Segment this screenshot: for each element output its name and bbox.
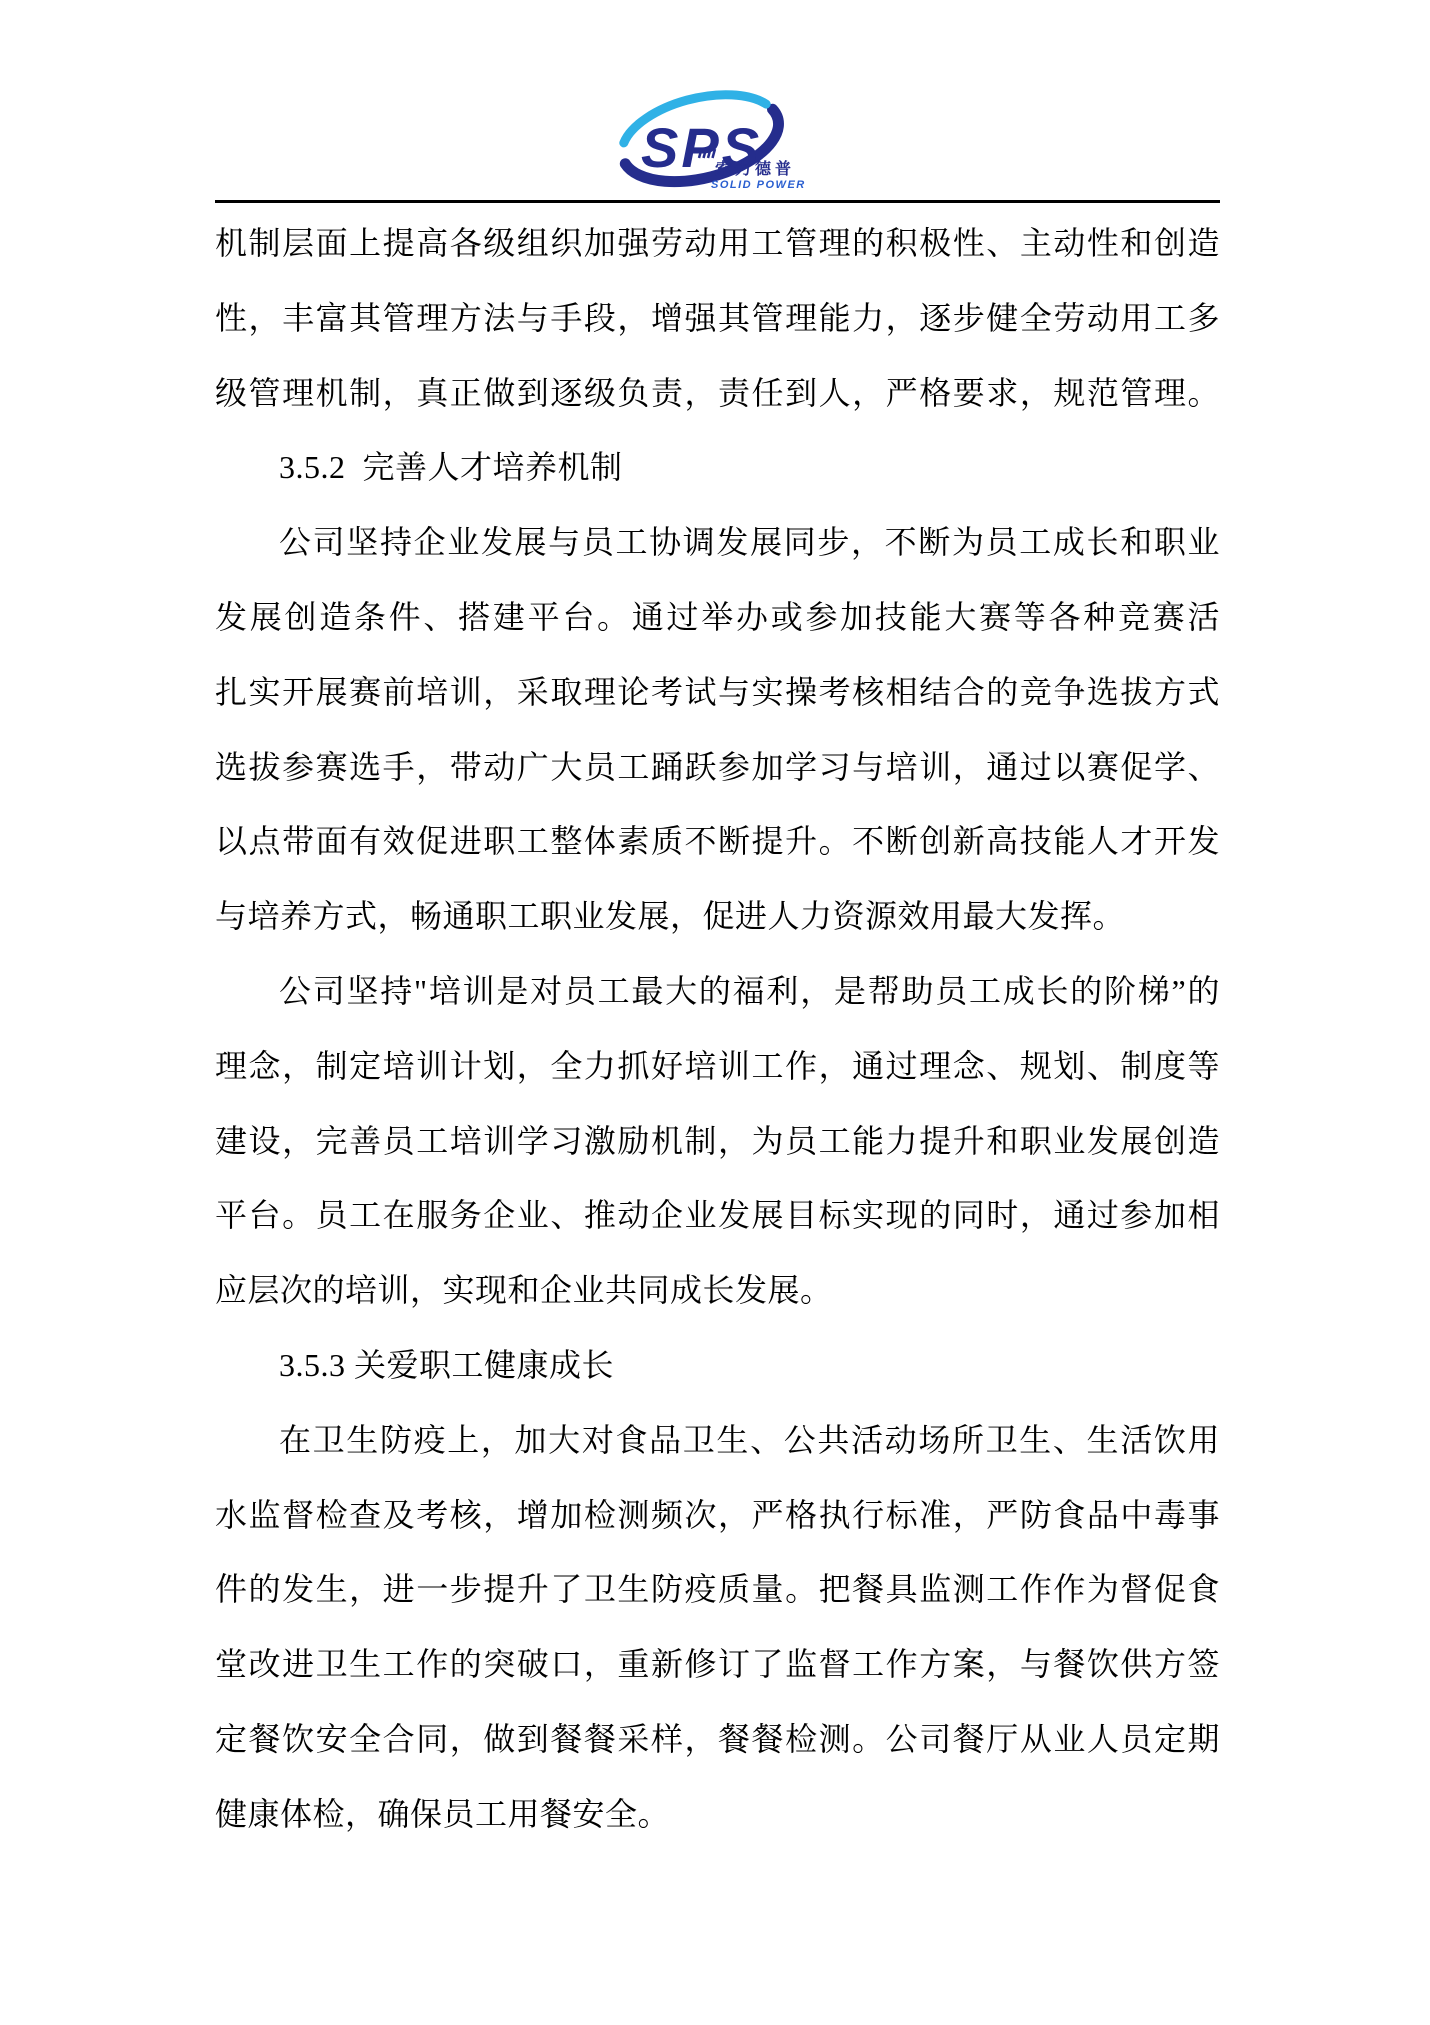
paragraph-line: 选拔参赛选手，带动广大员工踊跃参加学习与培训，通过以赛促学、	[215, 730, 1220, 805]
logo-chinese-name-text: 索力德普	[715, 159, 795, 178]
paragraph-line: 理念，制定培训计划，全力抓好培训工作，通过理念、规划、制度等	[215, 1029, 1220, 1104]
paragraph-line: 件的发生，进一步提升了卫生防疫质量。把餐具监测工作作为督促食	[215, 1552, 1220, 1627]
paragraph-line: 水监督检查及考核，增加检测频次，严格执行标准，严防食品中毒事	[215, 1478, 1220, 1553]
paragraph-line: 扎实开展赛前培训，采取理论考试与实操考核相结合的竞争选拔方式	[215, 655, 1220, 730]
paragraph-line: 级管理机制，真正做到逐级负责，责任到人，严格要求，规范管理。	[215, 356, 1220, 431]
sps-logo-graphic: SPS 索力德普 SOLID POWER	[607, 85, 817, 197]
heading-line: 3.5.3 关爱职工健康成长	[215, 1328, 1220, 1403]
paragraph-line: 健康体检，确保员工用餐安全。	[215, 1777, 1220, 1852]
paragraph-line: 发展创造条件、搭建平台。通过举办或参加技能大赛等各种竞赛活动，	[215, 580, 1220, 655]
header-divider-rule	[215, 200, 1220, 203]
paragraph-line: 机制层面上提高各级组织加强劳动用工管理的积极性、主动性和创造	[215, 206, 1220, 281]
paragraph-line: 公司坚持"培训是对员工最大的福利，是帮助员工成长的阶梯”的	[215, 954, 1220, 1029]
paragraph-line: 在卫生防疫上，加大对食品卫生、公共活动场所卫生、生活饮用	[215, 1403, 1220, 1478]
paragraph-line: 堂改进卫生工作的突破口，重新修订了监督工作方案，与餐饮供方签	[215, 1627, 1220, 1702]
paragraph-line: 平台。员工在服务企业、推动企业发展目标实现的同时，通过参加相	[215, 1178, 1220, 1253]
paragraph-line: 定餐饮安全合同，做到餐餐采样，餐餐检测。公司餐厅从业人员定期	[215, 1702, 1220, 1777]
paragraph-line: 以点带面有效促进职工整体素质不断提升。不断创新高技能人才开发	[215, 804, 1220, 879]
paragraph-line: 性，丰富其管理方法与手段，增强其管理能力，逐步健全劳动用工多	[215, 281, 1220, 356]
document-body: 机制层面上提高各级组织加强劳动用工管理的积极性、主动性和创造性，丰富其管理方法与…	[215, 206, 1220, 1852]
paragraph-line: 与培养方式，畅通职工职业发展，促进人力资源效用最大发挥。	[215, 879, 1220, 954]
heading-line: 3.5.2 完善人才培养机制	[215, 430, 1220, 505]
paragraph-line: 应层次的培训，实现和企业共同成长发展。	[215, 1253, 1220, 1328]
paragraph-line: 建设，完善员工培训学习激励机制，为员工能力提升和职业发展创造	[215, 1104, 1220, 1179]
paragraph-line: 公司坚持企业发展与员工协调发展同步，不断为员工成长和职业	[215, 505, 1220, 580]
logo-english-name-text: SOLID POWER	[711, 179, 806, 191]
company-logo: SPS 索力德普 SOLID POWER	[607, 85, 817, 197]
document-page: SPS 索力德普 SOLID POWER 机制层面上提高各级组织加强劳动用工管理…	[0, 0, 1430, 2025]
